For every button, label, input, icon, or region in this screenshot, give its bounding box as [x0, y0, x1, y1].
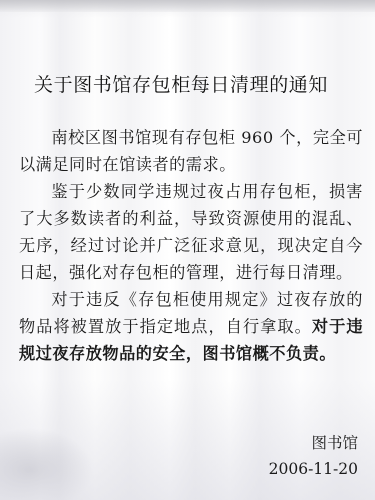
paragraph-capacity: 南校区图书馆现有存包柜 960 个，完全可以满足同时在馆读者的需求。: [19, 124, 363, 178]
notice-paper: 关于图书馆存包柜每日清理的通知 南校区图书馆现有存包柜 960 个，完全可以满足…: [0, 0, 375, 500]
signature-block: 图书馆 2006-11-20: [269, 430, 358, 482]
paragraph-reason: 鉴于少数同学违规过夜占用存包柜，损害了大多数读者的利益，导致资源使用的混乱、无序…: [19, 178, 363, 286]
notice-title: 关于图书馆存包柜每日清理的通知: [34, 70, 364, 97]
tape-strip: [0, 0, 375, 12]
paragraph-policy: 对于违反《存包柜使用规定》过夜存放的物品将被置放于指定地点，自行拿取。对于违规过…: [19, 286, 363, 367]
issuer: 图书馆: [269, 430, 358, 456]
issue-date: 2006-11-20: [269, 456, 358, 482]
notice-body: 南校区图书馆现有存包柜 960 个，完全可以满足同时在馆读者的需求。 鉴于少数同…: [19, 124, 363, 367]
